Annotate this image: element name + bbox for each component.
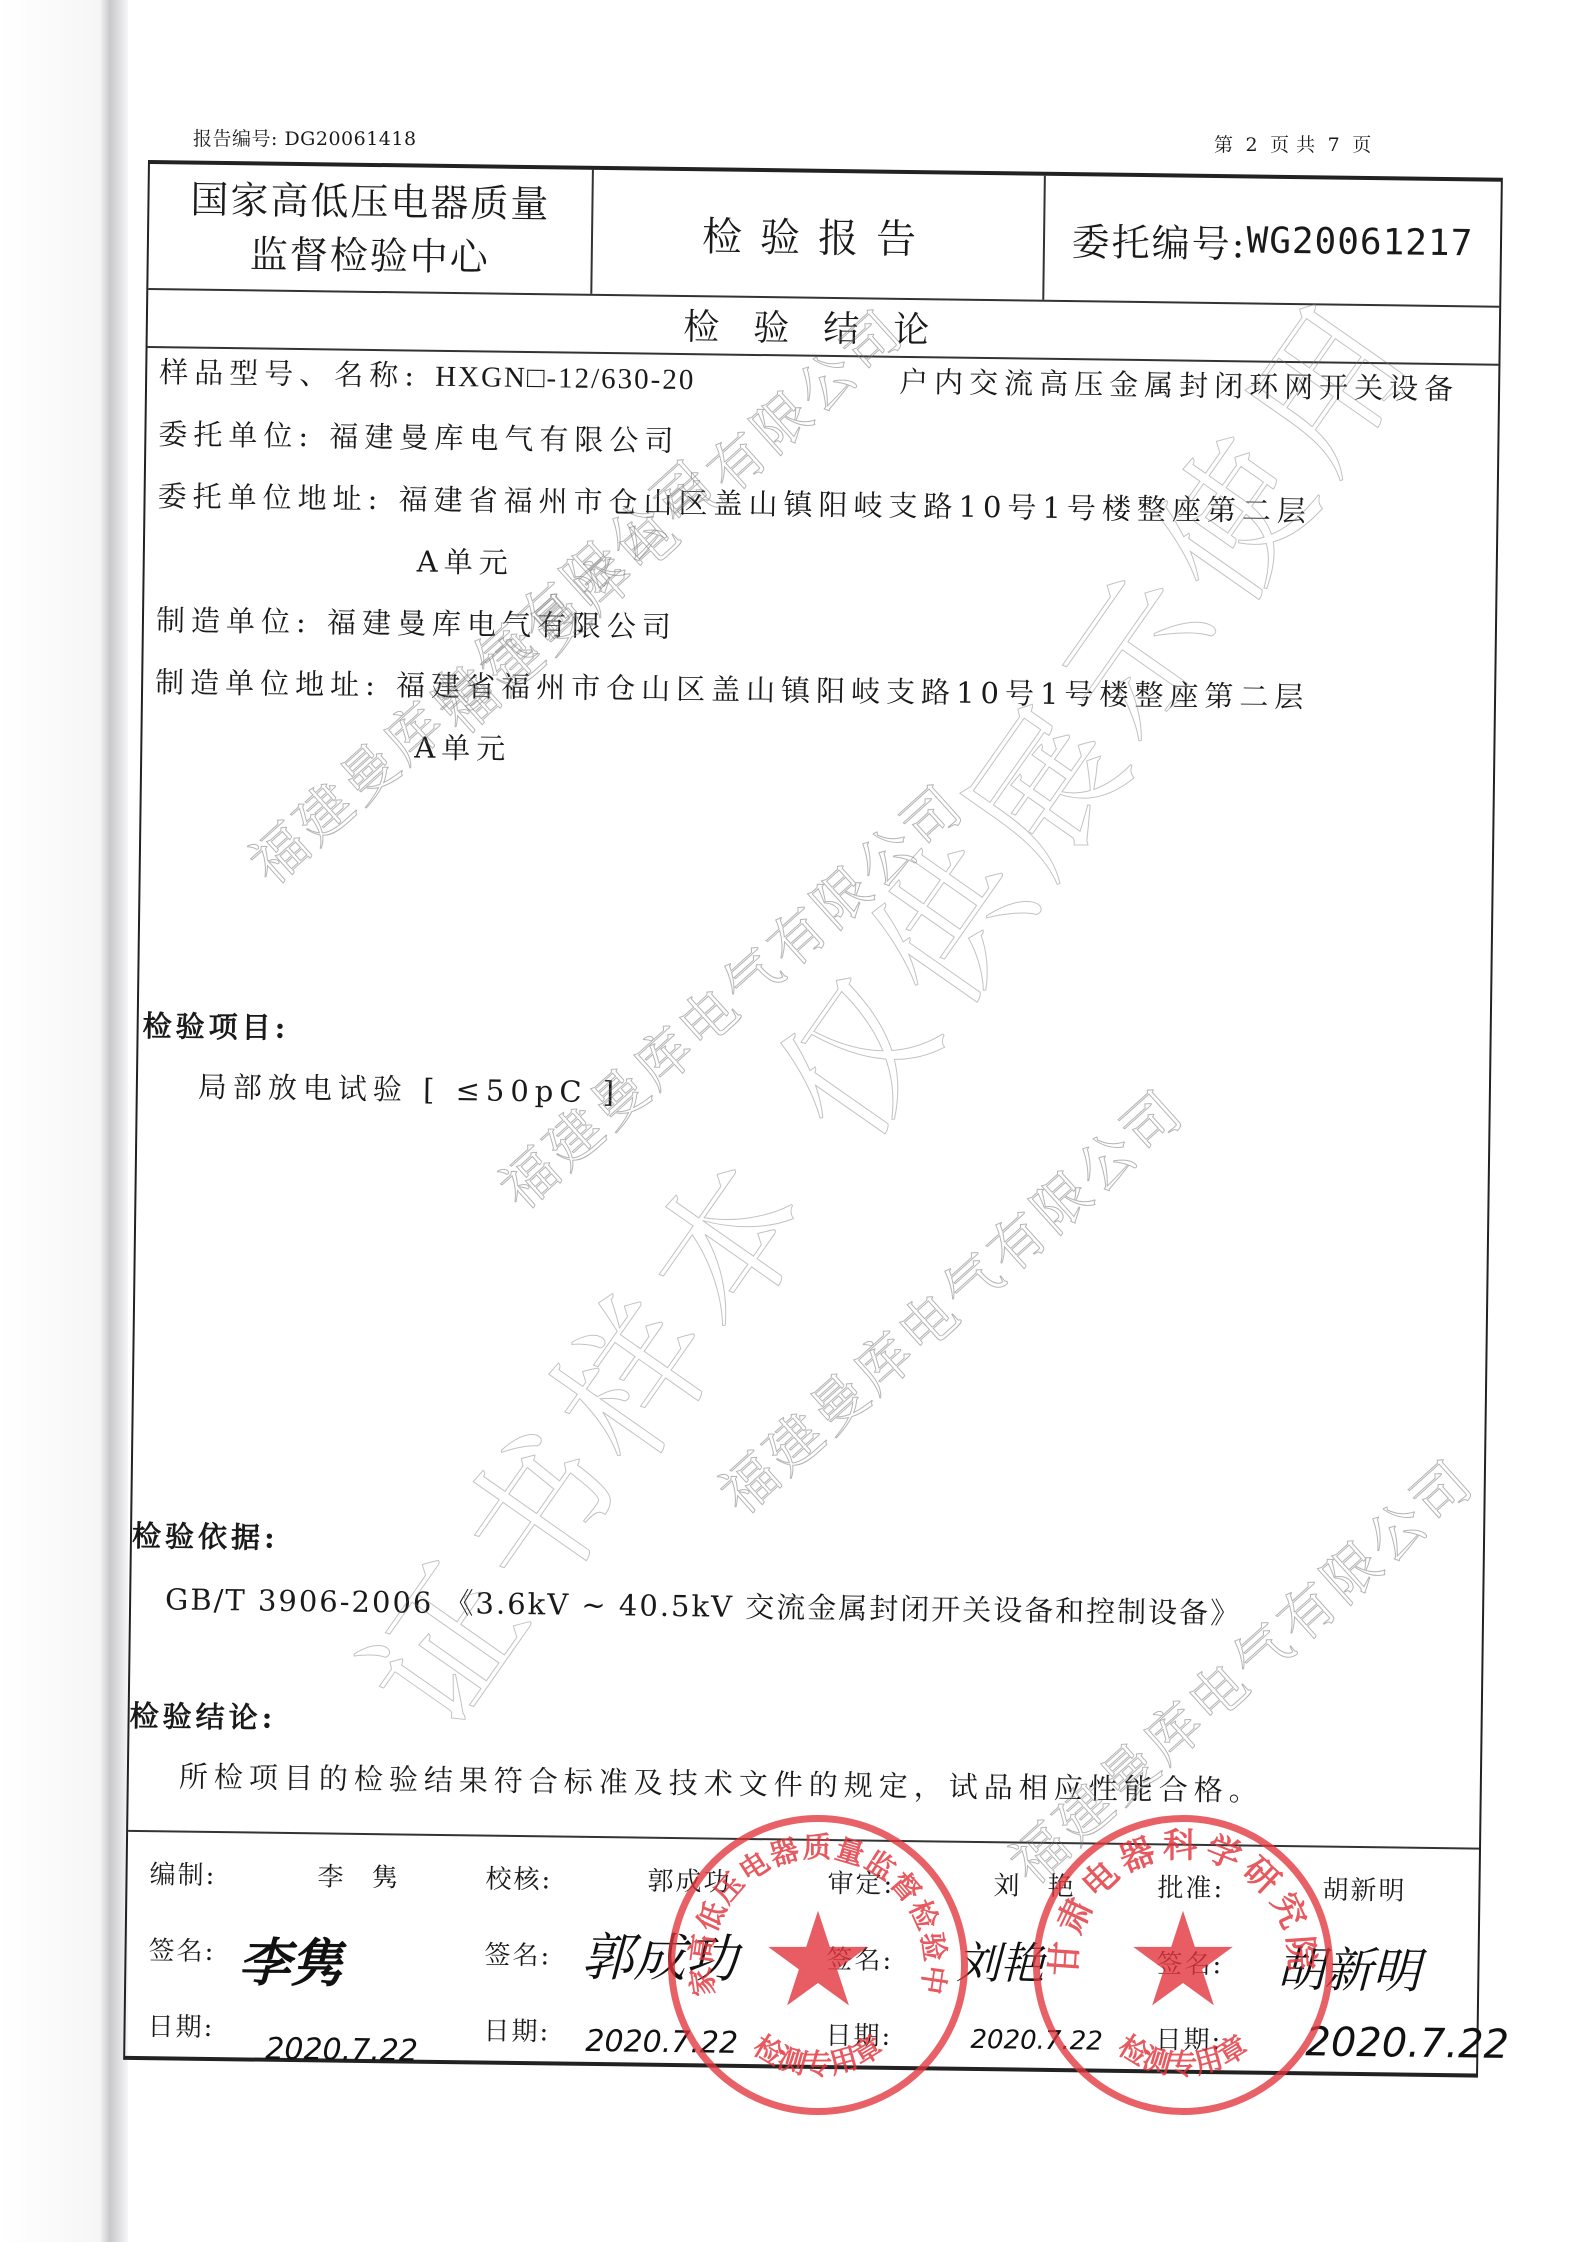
conclusion-label: 检验结论: bbox=[129, 1694, 276, 1737]
client-address-label: 委托单位地址: bbox=[157, 479, 383, 516]
organization-name: 国家高低压电器质量 监督检验中心 bbox=[148, 164, 594, 294]
manufacturer-address-line-1: 福建省福州市仓山区盖山镇阳岐支路10号1号楼整座第二层 bbox=[396, 668, 1310, 714]
test-item: 局部放电试验 [ ≤50pC ] bbox=[198, 1065, 621, 1112]
sample-label: 样品型号、名称: bbox=[159, 355, 420, 392]
handwritten-signature-4: 胡新明 bbox=[1276, 1931, 1421, 2002]
scan-margin bbox=[0, 0, 100, 2242]
report-title: 检验报告 bbox=[592, 170, 1046, 300]
sig-sign-label-2: 签名: bbox=[484, 1935, 551, 1973]
organization-line-2: 监督检验中心 bbox=[249, 227, 490, 284]
handwritten-signature-2: 郭成功 bbox=[581, 1915, 738, 1992]
sig-name-1: 李 隽 bbox=[317, 1856, 408, 1894]
manufacturer-label: 制造单位: bbox=[156, 603, 312, 639]
report-number: 报告编号: DG20061418 bbox=[193, 124, 417, 151]
report-frame: 国家高低压电器质量 监督检验中心 检验报告 委托编号: WG20061217 检… bbox=[123, 160, 1503, 2078]
sig-date-label-2: 日期: bbox=[483, 2011, 550, 2049]
client-address-line-2: A单元 bbox=[417, 540, 514, 582]
manufacturer-address-line-2: A单元 bbox=[414, 726, 511, 768]
conclusion-text: 所检项目的检验结果符合标准及技术文件的规定，试品相应性能合格。 bbox=[179, 1755, 1264, 1810]
manufacturer-row: 制造单位: 福建曼库电气有限公司 bbox=[156, 598, 678, 646]
client-value: 福建曼库电气有限公司 bbox=[329, 419, 679, 458]
signature-separator bbox=[128, 1830, 1479, 1850]
page-total: 7 bbox=[1328, 134, 1341, 156]
client-address-row: 委托单位地址: 福建省福州市仓山区盖山镇阳岐支路10号1号楼整座第二层 bbox=[157, 474, 1312, 530]
client-label: 委托单位: bbox=[158, 417, 314, 453]
sig-sign-label-3: 签名: bbox=[826, 1939, 893, 1977]
sig-date-label-3: 日期: bbox=[825, 2015, 892, 2053]
page-current: 2 bbox=[1246, 134, 1259, 156]
handwritten-date-4: 2020.7.22 bbox=[1305, 2019, 1509, 2068]
handwritten-signature-3: 刘艳 bbox=[956, 1927, 1045, 1992]
sample-name: 户内交流高压金属封闭环网开关设备 bbox=[899, 360, 1460, 408]
report-number-label: 报告编号: bbox=[193, 128, 278, 150]
entrust-value: WG20061217 bbox=[1246, 220, 1473, 264]
client-address-line-1: 福建省福州市仓山区盖山镇阳岐支路10号1号楼整座第二层 bbox=[398, 482, 1312, 528]
sig-sign-label-1: 签名: bbox=[148, 1930, 215, 1968]
sig-name-2: 郭成功 bbox=[647, 1861, 731, 1899]
handwritten-date-2: 2020.7.22 bbox=[585, 2024, 738, 2061]
sig-role-label-1: 编制: bbox=[149, 1854, 216, 1892]
scan-binding-shadow bbox=[100, 0, 128, 2242]
handwritten-date-1: 2020.7.22 bbox=[265, 2032, 418, 2069]
sig-role-label-4: 批准: bbox=[1157, 1867, 1224, 1905]
entrust-label: 委托编号: bbox=[1071, 211, 1247, 268]
organization-line-1: 国家高低压电器质量 bbox=[190, 173, 551, 232]
client-row: 委托单位: 福建曼库电气有限公司 bbox=[158, 412, 680, 460]
sample-model: HXGN□-12/630-20 bbox=[435, 361, 696, 396]
entrust-number: 委托编号: WG20061217 bbox=[1044, 176, 1501, 306]
page-suffix: 页 bbox=[1352, 134, 1372, 156]
page-prefix: 第 bbox=[1214, 134, 1234, 156]
manufacturer-address-row: 制造单位地址: 福建省福州市仓山区盖山镇阳岐支路10号1号楼整座第二层 bbox=[155, 660, 1310, 716]
sig-date-label-4: 日期: bbox=[1155, 2019, 1222, 2057]
sig-date-label-1: 日期: bbox=[147, 2006, 214, 2044]
sig-name-3: 刘 艳 bbox=[993, 1865, 1084, 1903]
sig-role-label-3: 审定: bbox=[827, 1863, 894, 1901]
page-indicator: 第2页 共7页 bbox=[1208, 130, 1378, 157]
sig-sign-label-4: 签名: bbox=[1156, 1943, 1223, 1981]
sig-name-4: 胡新明 bbox=[1322, 1870, 1406, 1908]
page-middle: 页 共 bbox=[1270, 134, 1316, 156]
manufacturer-value: 福建曼库电气有限公司 bbox=[327, 605, 677, 644]
test-basis-label: 检验依据: bbox=[132, 1514, 279, 1557]
handwritten-signature-1: 李隽 bbox=[238, 1920, 343, 1996]
manufacturer-address-label: 制造单位地址: bbox=[155, 665, 381, 702]
handwritten-date-3: 2020.7.22 bbox=[970, 2025, 1103, 2057]
sig-role-label-2: 校核: bbox=[485, 1859, 552, 1897]
report-header: 国家高低压电器质量 监督检验中心 检验报告 委托编号: WG20061217 bbox=[148, 164, 1501, 308]
test-basis-standard: GB/T 3906-2006 《3.6kV ~ 40.5kV 交流金属封闭开关设… bbox=[165, 1577, 1242, 1632]
report-number-value: DG20061418 bbox=[284, 128, 416, 150]
edge-seal-fragment bbox=[1560, 840, 1580, 1080]
test-items-label: 检验项目: bbox=[142, 1004, 289, 1047]
